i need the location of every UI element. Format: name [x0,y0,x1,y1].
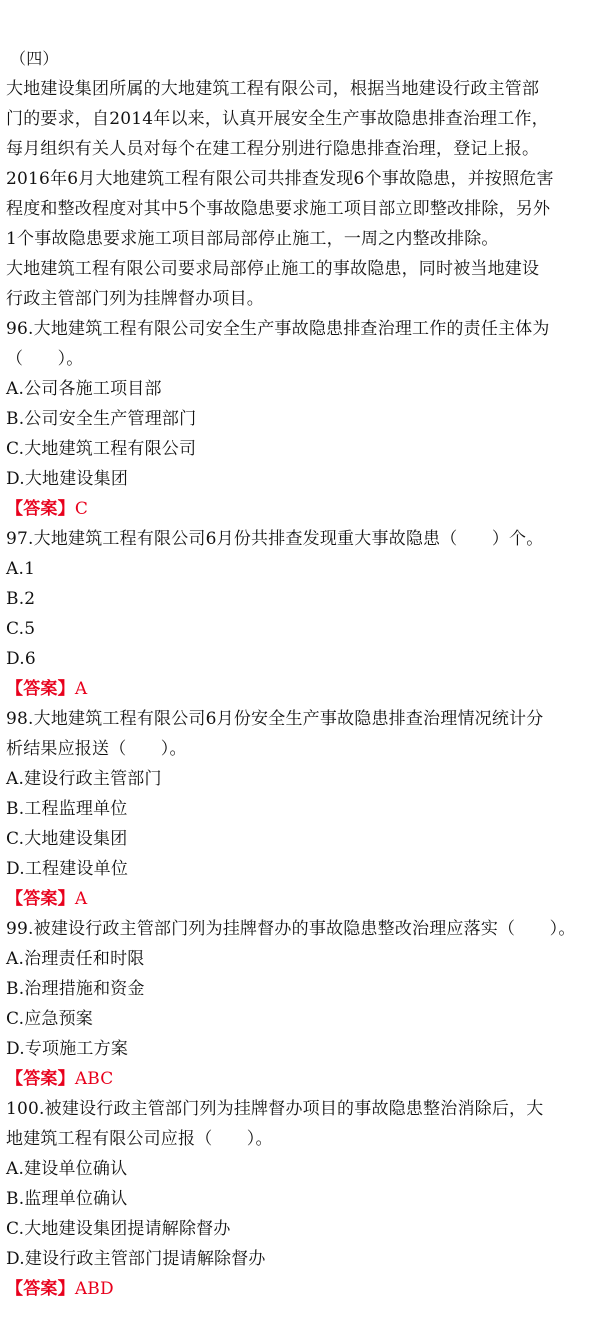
option-b: B.工程监理单位 [6,794,600,824]
answer-line: 【答案】C [6,494,600,524]
intro-line: 门的要求，自2014年以来，认真开展安全生产事故隐患排查治理工作， [6,104,600,134]
option-d: D.6 [6,644,600,674]
question-stem: 99.被建设行政主管部门列为挂牌督办的事故隐患整改治理应落实（ ）。 [6,914,600,944]
option-c: C.应急预案 [6,1004,600,1034]
question-stem: 96.大地建筑工程有限公司安全生产事故隐患排查治理工作的责任主体为 [6,314,600,344]
question-99: 99.被建设行政主管部门列为挂牌督办的事故隐患整改治理应落实（ ）。 A.治理责… [6,914,600,1094]
answer-value: A [75,679,87,699]
option-d: D.专项施工方案 [6,1034,600,1064]
option-d: D.大地建设集团 [6,464,600,494]
option-a: A.公司各施工项目部 [6,374,600,404]
question-98: 98.大地建筑工程有限公司6月份安全生产事故隐患排查治理情况统计分 析结果应报送… [6,704,600,914]
option-b: B.2 [6,584,600,614]
answer-line: 【答案】A [6,674,600,704]
intro-line: 大地建设集团所属的大地建筑工程有限公司，根据当地建设行政主管部 [6,74,600,104]
answer-value: ABD [75,1279,114,1299]
intro-line: 每月组织有关人员对每个在建工程分别进行隐患排查治理，登记上报。 [6,134,600,164]
intro-line: 程度和整改程度对其中5个事故隐患要求施工项目部立即整改排除，另外 [6,194,600,224]
answer-value: ABC [75,1069,114,1089]
document-page: （四） 大地建设集团所属的大地建筑工程有限公司，根据当地建设行政主管部 门的要求… [0,0,600,1304]
option-b: B.监理单位确认 [6,1184,600,1214]
option-b: B.公司安全生产管理部门 [6,404,600,434]
question-96: 96.大地建筑工程有限公司安全生产事故隐患排查治理工作的责任主体为 （ ）。 A… [6,314,600,524]
question-stem: 析结果应报送（ ）。 [6,734,600,764]
answer-value: C [75,499,88,519]
question-stem: 100.被建设行政主管部门列为挂牌督办项目的事故隐患整治消除后，大 [6,1094,600,1124]
answer-line: 【答案】ABC [6,1064,600,1094]
option-a: A.1 [6,554,600,584]
question-stem: 98.大地建筑工程有限公司6月份安全生产事故隐患排查治理情况统计分 [6,704,600,734]
section-title: （四） [10,44,600,74]
question-stem: 地建筑工程有限公司应报（ ）。 [6,1124,600,1154]
option-a: A.建设行政主管部门 [6,764,600,794]
answer-value: A [75,889,87,909]
option-c: C.大地建筑工程有限公司 [6,434,600,464]
intro-line: 2016年6月大地建筑工程有限公司共排查发现6个事故隐患，并按照危害 [6,164,600,194]
question-stem: （ ）。 [6,344,600,374]
intro-line: 1个事故隐患要求施工项目部局部停止施工，一周之内整改排除。 [6,224,600,254]
option-b: B.治理措施和资金 [6,974,600,1004]
question-stem: 97.大地建筑工程有限公司6月份共排查发现重大事故隐患（ ）个。 [6,524,600,554]
option-c: C.大地建设集团 [6,824,600,854]
option-c: C.大地建设集团提请解除督办 [6,1214,600,1244]
answer-label: 【答案】 [6,679,75,699]
option-a: A.建设单位确认 [6,1154,600,1184]
option-d: D.建设行政主管部门提请解除督办 [6,1244,600,1274]
answer-label: 【答案】 [6,889,75,909]
answer-label: 【答案】 [6,499,75,519]
answer-line: 【答案】ABD [6,1274,600,1304]
case-intro: 大地建设集团所属的大地建筑工程有限公司，根据当地建设行政主管部 门的要求，自20… [6,74,600,314]
answer-label: 【答案】 [6,1069,75,1089]
answer-line: 【答案】A [6,884,600,914]
option-c: C.5 [6,614,600,644]
option-a: A.治理责任和时限 [6,944,600,974]
answer-label: 【答案】 [6,1279,75,1299]
question-100: 100.被建设行政主管部门列为挂牌督办项目的事故隐患整治消除后，大 地建筑工程有… [6,1094,600,1304]
intro-line: 行政主管部门列为挂牌督办项目。 [6,284,600,314]
intro-line: 大地建筑工程有限公司要求局部停止施工的事故隐患，同时被当地建设 [6,254,600,284]
option-d: D.工程建设单位 [6,854,600,884]
question-97: 97.大地建筑工程有限公司6月份共排查发现重大事故隐患（ ）个。 A.1 B.2… [6,524,600,704]
